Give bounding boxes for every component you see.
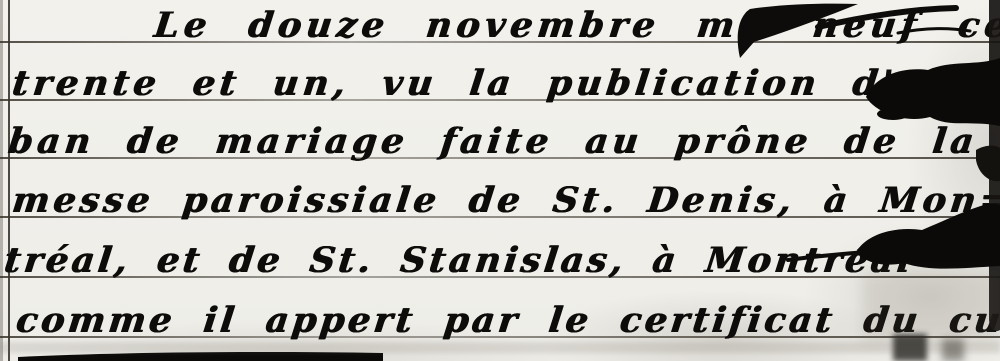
scan-shadow-patch <box>862 272 1000 342</box>
cutoff-text-bar-bottom <box>18 352 383 361</box>
handwritten-line-5: tréal, et de St. Stanislas, à Montréal <box>2 241 916 281</box>
handwritten-line-1: Le douze novembre mil neuf cent <box>152 6 1000 46</box>
ink-spot <box>877 108 909 120</box>
handwritten-line-3: ban de mariage faite au prône de la <box>6 122 980 162</box>
scan-noise-strip <box>0 342 1000 353</box>
page-left-edge-shadow <box>0 0 3 361</box>
ink-bump-mid-right <box>976 146 1000 182</box>
handwritten-line-6: comme il appert par le certificat du cur… <box>14 301 1000 341</box>
scanned-register-page: Le douze novembre mil neuf cent trente e… <box>0 0 1000 361</box>
handwritten-line-2: trente et un, vu la publication d'un <box>10 64 959 104</box>
ink-smudge-bottom-right-2 <box>942 339 964 361</box>
ink-smudge-bottom-right <box>893 334 927 361</box>
margin-rule-line <box>8 0 10 361</box>
handwritten-line-4: messe paroissiale de St. Denis, à Mon= <box>10 181 1000 221</box>
